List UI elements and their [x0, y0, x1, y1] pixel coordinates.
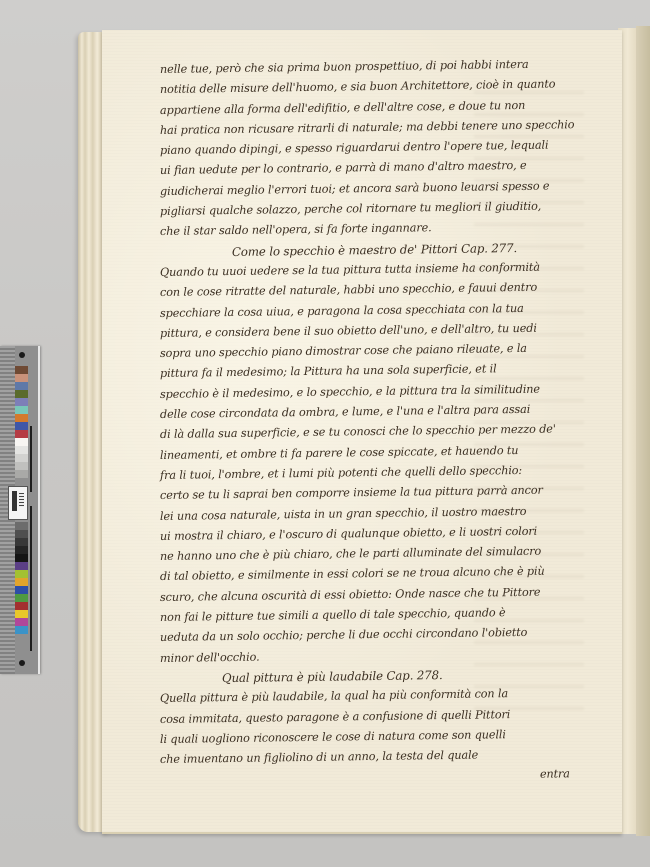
- color-swatch: [15, 546, 28, 554]
- color-swatch: [15, 578, 28, 586]
- color-swatch: [15, 398, 28, 406]
- color-swatch: [15, 626, 28, 634]
- color-swatch: [15, 430, 28, 438]
- color-swatch: [15, 454, 28, 462]
- manuscript-text: nelle tue, però che sia prima buon prosp…: [160, 60, 605, 791]
- color-swatch: [15, 522, 28, 530]
- color-swatch: [15, 610, 28, 618]
- color-calibration-target: [0, 346, 40, 674]
- color-swatch: [15, 422, 28, 430]
- target-label-card: [8, 486, 28, 520]
- color-swatch: [15, 618, 28, 626]
- color-swatch: [15, 414, 28, 422]
- color-swatch: [15, 462, 28, 470]
- color-swatch: [15, 562, 28, 570]
- color-swatch: [15, 438, 28, 446]
- color-swatch: [15, 586, 28, 594]
- color-swatch: [15, 470, 28, 478]
- color-swatch: [15, 382, 28, 390]
- color-swatch: [15, 406, 28, 414]
- color-swatch: [15, 366, 28, 374]
- color-swatch: [15, 602, 28, 610]
- facing-page-edge: [636, 26, 650, 836]
- catchword: entra: [160, 764, 605, 791]
- mount-hole: [19, 660, 25, 666]
- color-swatch: [15, 594, 28, 602]
- scale-bar: [30, 426, 32, 492]
- scale-bar: [30, 506, 32, 651]
- mount-hole: [19, 352, 25, 358]
- color-swatch: [15, 538, 28, 546]
- color-swatch: [15, 446, 28, 454]
- color-swatch: [15, 554, 28, 562]
- color-swatch: [15, 570, 28, 578]
- color-swatch: [15, 530, 28, 538]
- color-swatch: [15, 390, 28, 398]
- color-swatch: [15, 374, 28, 382]
